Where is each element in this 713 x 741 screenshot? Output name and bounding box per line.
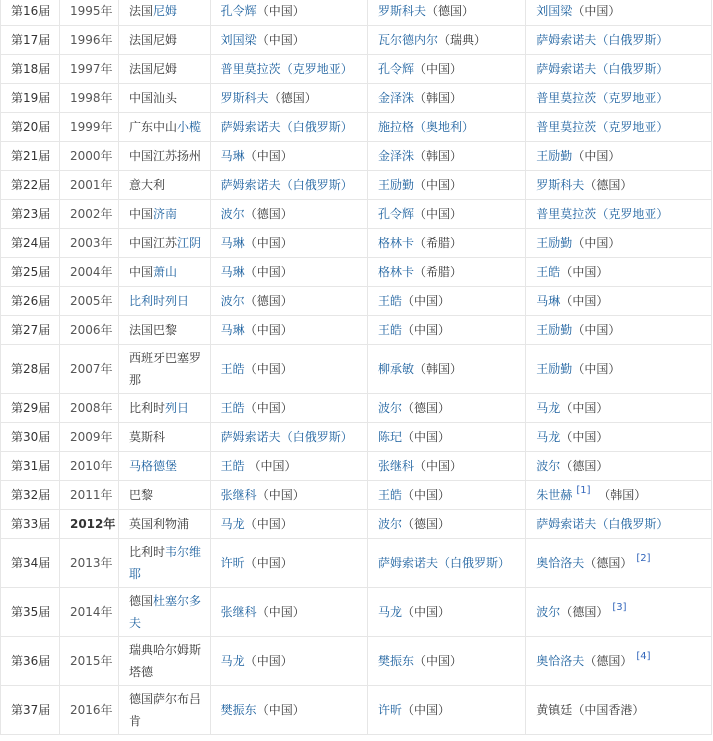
edition-cell: 第24届 [1,229,60,258]
table-row: 第37届 2016年 德国萨尔布吕肯 樊振东（中国） 许昕（中国） 黄镇廷（中国… [1,686,712,735]
champion-player-link[interactable]: 马龙 [221,654,245,668]
table-row: 第22届 2001年 意大利 萨姆索诺夫（白俄罗斯） 王励勤（中国） 罗斯科夫（… [1,171,712,200]
edition-text: 第19届 [11,91,50,105]
runner-up-country: （韩国） [414,362,462,376]
runner-up-cell: 波尔（德国） [367,394,525,423]
champion-player-link[interactable]: 张继科 [221,605,257,619]
edition-text: 第28届 [11,362,50,376]
edition-cell: 第21届 [1,142,60,171]
champion-player-link[interactable]: 王皓 [221,401,245,415]
third-place-player-link[interactable]: 奥恰洛夫 [536,556,584,570]
third-place-cell: 黄镇廷（中国香港） [526,686,712,735]
runner-up-player-link[interactable]: 王励勤 [378,178,414,192]
runner-up-country: （瑞典） [438,33,486,47]
year-text: 2011年 [70,488,113,502]
champion-player-link[interactable]: 普里莫拉茨 [221,62,281,76]
champion-cell: 马琳（中国） [210,316,367,345]
year-text: 1997年 [70,62,113,76]
edition-cell: 第36届 [1,637,60,686]
runner-up-cell: 柳承敏（韩国） [367,345,525,394]
champion-cell: 马琳（中国） [210,229,367,258]
champion-cell: 萨姆索诺夫（白俄罗斯） [210,423,367,452]
champion-player-link[interactable]: 刘国梁 [221,33,257,47]
year-cell: 2014年 [59,588,118,637]
third-place-player-link[interactable]: 萨姆索诺夫 [536,33,596,47]
runner-up-country: （韩国） [414,91,462,105]
edition-text: 第26届 [11,294,50,308]
runner-up-country: （中国） [414,207,462,221]
host-city-cell: 中国汕头 [118,84,210,113]
city-text: 中国江苏扬州 [129,149,201,163]
runner-up-country: （韩国） [414,149,462,163]
host-city-cell: 法国尼姆 [118,0,210,26]
champion-country: （中国） [257,33,305,47]
third-place-country: （中国） [560,294,608,308]
edition-cell: 第20届 [1,113,60,142]
city-text: 莫斯科 [129,430,165,444]
edition-text: 第30届 [11,430,50,444]
third-place-player-link[interactable]: 奥恰洛夫 [536,654,584,668]
third-place-cell: 朱世赫[1] （韩国） [526,481,712,510]
table-row: 第32届 2011年 巴黎 张继科（中国） 王皓（中国） 朱世赫[1] （韩国） [1,481,712,510]
runner-up-player-link[interactable]: 王皓 [378,488,402,502]
year-cell: 1997年 [59,55,118,84]
table-row: 第20届 1999年 广东中山小榄 萨姆索诺夫（白俄罗斯） 施拉格（奥地利） 普… [1,113,712,142]
champion-cell: 张继科（中国） [210,481,367,510]
third-place-player-link[interactable]: 王皓 [536,265,560,279]
city-text: 德国 [129,594,153,608]
host-city-cell: 比利时韦尔维耶 [118,539,210,588]
city-text: 英国利物浦 [129,517,189,531]
year-cell: 1995年 [59,0,118,26]
champion-country: （中国） [245,556,293,570]
year-text: 2001年 [70,178,113,192]
third-place-cell: 奥恰洛夫（德国）[4] [526,637,712,686]
city-text: 中国 [129,207,153,221]
edition-text: 第27届 [11,323,50,337]
third-place-country: （中国） [572,4,620,18]
runner-up-player-link[interactable]: 格林卡 [378,236,414,250]
runner-up-cell: 格林卡（希腊） [367,258,525,287]
runner-up-player-link[interactable]: 柳承敏 [378,362,414,376]
runner-up-player-link[interactable]: 萨姆索诺夫 [378,556,438,570]
year-text: 2015年 [70,654,113,668]
host-city-cell: 马格德堡 [118,452,210,481]
city-text: 瑞典哈尔姆斯塔德 [129,643,201,679]
host-city-cell: 中国济南 [118,200,210,229]
edition-text: 第31届 [11,459,50,473]
year-text: 2013年 [70,556,113,570]
year-text: 1995年 [70,4,113,18]
edition-cell: 第33届 [1,510,60,539]
runner-up-country: （中国） [414,654,462,668]
host-city-cell: 法国尼姆 [118,26,210,55]
city-text: 法国 [129,4,153,18]
third-place-player-link[interactable]: 波尔 [536,459,560,473]
third-place-cell: 王励勤（中国） [526,229,712,258]
runner-up-cell: 张继科（中国） [367,452,525,481]
host-city-cell: 法国巴黎 [118,316,210,345]
runner-up-player-link[interactable]: 张继科 [378,459,414,473]
edition-text: 第22届 [11,178,50,192]
edition-cell: 第23届 [1,200,60,229]
champion-player-link[interactable]: 张继科 [221,488,257,502]
table-row: 第26届 2005年 比利时列日 波尔（德国） 王皓（中国） 马琳（中国） [1,287,712,316]
host-city-cell: 意大利 [118,171,210,200]
runner-up-cell: 孔令辉（中国） [367,55,525,84]
champion-country: （中国） [245,323,293,337]
champion-player-link[interactable]: 孔令辉 [221,4,257,18]
year-cell: 1999年 [59,113,118,142]
third-place-cell: 王皓（中国） [526,258,712,287]
year-text: 2007年 [70,362,113,376]
third-place-player-link[interactable]: 朱世赫 [536,488,572,502]
city-link[interactable]: 萧山 [153,265,177,279]
table-row: 第35届 2014年 德国杜塞尔多夫 张继科（中国） 马龙（中国） 波尔（德国）… [1,588,712,637]
host-city-cell: 法国尼姆 [118,55,210,84]
runner-up-player-link[interactable]: 樊振东 [378,654,414,668]
edition-text: 第32届 [11,488,50,502]
champion-player-link[interactable]: 马琳 [221,236,245,250]
champion-country[interactable]: （白俄罗斯） [281,430,353,444]
footnote-ref-link[interactable]: [3] [612,602,626,613]
city-text: 巴黎 [129,488,153,502]
year-text: 1996年 [70,33,113,47]
table-row: 第17届 1996年 法国尼姆 刘国梁（中国） 瓦尔德内尔（瑞典） 萨姆索诺夫（… [1,26,712,55]
city-text: 中国汕头 [129,91,177,105]
runner-up-country: （中国） [402,294,450,308]
runner-up-player-link[interactable]: 波尔 [378,517,402,531]
runner-up-cell: 马龙（中国） [367,588,525,637]
runner-up-cell: 罗斯科夫（德国） [367,0,525,26]
runner-up-cell: 樊振东（中国） [367,637,525,686]
runner-up-cell: 王皓（中国） [367,481,525,510]
third-place-country[interactable]: （克罗地亚） [596,207,668,221]
champion-player-link[interactable]: 罗斯科夫 [221,91,269,105]
results-table-body: 第16届 1995年 法国尼姆 孔令辉（中国） 罗斯科夫（德国） 刘国梁（中国）… [1,0,712,735]
year-text: 2002年 [70,207,113,221]
champion-cell: 马龙（中国） [210,510,367,539]
runner-up-cell: 金泽洙（韩国） [367,84,525,113]
city-link[interactable]: 济南 [153,207,177,221]
third-place-player-link: 黄镇廷 [536,703,572,717]
runner-up-country[interactable]: （白俄罗斯） [438,556,510,570]
host-city-cell: 比利时列日 [118,394,210,423]
third-place-player-link[interactable]: 波尔 [536,605,560,619]
champion-player-link[interactable]: 马龙 [221,517,245,531]
third-place-player-link[interactable]: 王励勤 [536,323,572,337]
footnote-ref-link[interactable]: [1] [576,485,590,496]
champion-player-link[interactable]: 马琳 [221,265,245,279]
runner-up-country: （中国） [414,459,462,473]
edition-text: 第18届 [11,62,50,76]
table-row: 第19届 1998年 中国汕头 罗斯科夫（德国） 金泽洙（韩国） 普里莫拉茨（克… [1,84,712,113]
edition-text: 第36届 [11,654,50,668]
champion-cell: 孔令辉（中国） [210,0,367,26]
runner-up-cell: 孔令辉（中国） [367,200,525,229]
city-link[interactable]: 尼姆 [153,4,177,18]
edition-cell: 第18届 [1,55,60,84]
third-place-country[interactable]: （白俄罗斯） [596,62,668,76]
runner-up-cell: 格林卡（希腊） [367,229,525,258]
third-place-cell: 波尔（德国）[3] [526,588,712,637]
table-row: 第18届 1997年 法国尼姆 普里莫拉茨（克罗地亚） 孔令辉（中国） 萨姆索诺… [1,55,712,84]
third-place-country: （中国） [572,362,620,376]
year-cell: 2009年 [59,423,118,452]
table-row: 第27届 2006年 法国巴黎 马琳（中国） 王皓（中国） 王励勤（中国） [1,316,712,345]
third-place-player-link[interactable]: 王励勤 [536,236,572,250]
year-cell: 2012年 [59,510,118,539]
runner-up-country: （中国） [402,605,450,619]
table-row: 第25届 2004年 中国萧山 马琳（中国） 格林卡（希腊） 王皓（中国） [1,258,712,287]
city-text: 中国 [129,265,153,279]
city-text: 意大利 [129,178,165,192]
third-place-country: （中国香港） [572,703,644,717]
year-cell: 2015年 [59,637,118,686]
champion-player-link[interactable]: 波尔 [221,294,245,308]
year-text: 2010年 [70,459,113,473]
champion-country: （德国） [245,207,293,221]
runner-up-player-link[interactable]: 孔令辉 [378,62,414,76]
champion-cell: 波尔（德国） [210,287,367,316]
champion-country: （中国） [245,149,293,163]
third-place-player-link[interactable]: 刘国梁 [536,4,572,18]
champion-cell: 萨姆索诺夫（白俄罗斯） [210,113,367,142]
runner-up-country: （希腊） [414,265,462,279]
year-cell: 2005年 [59,287,118,316]
host-city-cell: 中国萧山 [118,258,210,287]
table-row: 第30届 2009年 莫斯科 萨姆索诺夫（白俄罗斯） 陈玘（中国） 马龙（中国） [1,423,712,452]
runner-up-cell: 许昕（中国） [367,686,525,735]
third-place-player-link[interactable]: 普里莫拉茨 [536,91,596,105]
runner-up-player-link[interactable]: 马龙 [378,605,402,619]
year-cell: 2002年 [59,200,118,229]
third-place-country: （中国） [572,323,620,337]
champion-player-link[interactable]: 马琳 [221,149,245,163]
champion-country[interactable]: （克罗地亚） [281,62,353,76]
third-place-player-link[interactable]: 普里莫拉茨 [536,120,596,134]
champion-player-link[interactable]: 萨姆索诺夫 [221,120,281,134]
runner-up-player-link[interactable]: 罗斯科夫 [378,4,426,18]
champion-player-link[interactable]: 王皓 [221,459,245,473]
champion-country: （中国） [245,401,293,415]
runner-up-cell: 王皓（中国） [367,287,525,316]
champion-player-link[interactable]: 萨姆索诺夫 [221,178,281,192]
champion-player-link[interactable]: 许昕 [221,556,245,570]
table-row: 第24届 2003年 中国江苏江阴 马琳（中国） 格林卡（希腊） 王励勤（中国） [1,229,712,258]
runner-up-country: （德国） [426,4,474,18]
champion-country: （中国） [245,459,297,473]
runner-up-country[interactable]: （奥地利） [414,120,474,134]
edition-text: 第17届 [11,33,50,47]
champion-country[interactable]: （白俄罗斯） [281,178,353,192]
edition-cell: 第19届 [1,84,60,113]
host-city-cell: 德国萨尔布吕肯 [118,686,210,735]
host-city-cell: 巴黎 [118,481,210,510]
table-row: 第21届 2000年 中国江苏扬州 马琳（中国） 金泽洙（韩国） 王励勤（中国） [1,142,712,171]
third-place-cell: 马龙（中国） [526,423,712,452]
year-text: 2005年 [70,294,113,308]
third-place-cell: 马龙（中国） [526,394,712,423]
champion-cell: 张继科（中国） [210,588,367,637]
year-text: 2009年 [70,430,113,444]
runner-up-country: （中国） [414,62,462,76]
runner-up-player-link[interactable]: 瓦尔德内尔 [378,33,438,47]
city-link[interactable]: 比利时列日 [129,294,189,308]
city-text: 广东中山 [129,120,177,134]
third-place-player-link[interactable]: 马龙 [536,401,560,415]
champion-cell: 王皓（中国） [210,394,367,423]
runner-up-cell: 陈玘（中国） [367,423,525,452]
runner-up-player-link[interactable]: 陈玘 [378,430,402,444]
edition-text: 第37届 [11,703,50,717]
third-place-player-link[interactable]: 马琳 [536,294,560,308]
runner-up-cell: 波尔（德国） [367,510,525,539]
host-city-cell: 比利时列日 [118,287,210,316]
edition-cell: 第32届 [1,481,60,510]
third-place-country: （中国） [560,430,608,444]
runner-up-player-link[interactable]: 许昕 [378,703,402,717]
edition-text: 第25届 [11,265,50,279]
champion-country: （中国） [245,236,293,250]
champion-player-link[interactable]: 马琳 [221,323,245,337]
champion-country: （德国） [269,91,317,105]
third-place-player-link[interactable]: 王励勤 [536,362,572,376]
champion-player-link[interactable]: 王皓 [221,362,245,376]
third-place-country: （中国） [572,236,620,250]
edition-cell: 第37届 [1,686,60,735]
host-city-cell: 广东中山小榄 [118,113,210,142]
city-text: 比利时 [129,401,165,415]
third-place-player-link[interactable]: 萨姆索诺夫 [536,517,596,531]
year-text: 2012年 [70,517,115,531]
edition-text: 第33届 [11,517,50,531]
runner-up-cell: 瓦尔德内尔（瑞典） [367,26,525,55]
third-place-player-link[interactable]: 普里莫拉茨 [536,207,596,221]
third-place-player-link[interactable]: 罗斯科夫 [536,178,584,192]
edition-cell: 第27届 [1,316,60,345]
year-cell: 1998年 [59,84,118,113]
champion-country: （中国） [257,703,305,717]
runner-up-cell: 萨姆索诺夫（白俄罗斯） [367,539,525,588]
edition-text: 第23届 [11,207,50,221]
third-place-cell: 刘国梁（中国） [526,0,712,26]
edition-text: 第16届 [11,4,50,18]
champion-cell: 普里莫拉茨（克罗地亚） [210,55,367,84]
champion-cell: 樊振东（中国） [210,686,367,735]
runner-up-country: （德国） [402,401,450,415]
runner-up-player-link[interactable]: 金泽洙 [378,149,414,163]
third-place-cell: 波尔（德国） [526,452,712,481]
runner-up-country: （中国） [402,488,450,502]
runner-up-player-link[interactable]: 王皓 [378,294,402,308]
city-text: 法国巴黎 [129,323,177,337]
year-cell: 2000年 [59,142,118,171]
champion-cell: 波尔（德国） [210,200,367,229]
runner-up-player-link[interactable]: 王皓 [378,323,402,337]
city-link[interactable]: 小榄 [177,120,201,134]
third-place-country: （德国） [560,605,608,619]
third-place-player-link[interactable]: 萨姆索诺夫 [536,62,596,76]
champion-country: （中国） [257,605,305,619]
edition-text: 第20届 [11,120,50,134]
year-cell: 2001年 [59,171,118,200]
year-text: 2004年 [70,265,113,279]
city-link[interactable]: 列日 [165,401,189,415]
city-text: 法国尼姆 [129,62,177,76]
table-row: 第31届 2010年 马格德堡 王皓 （中国） 张继科（中国） 波尔（德国） [1,452,712,481]
runner-up-player-link[interactable]: 孔令辉 [378,207,414,221]
third-place-cell: 马琳（中国） [526,287,712,316]
runner-up-country: （中国） [402,430,450,444]
year-text: 2016年 [70,703,113,717]
year-text: 2006年 [70,323,113,337]
champion-cell: 罗斯科夫（德国） [210,84,367,113]
city-text: 德国萨尔布吕肯 [129,692,201,728]
champion-player-link[interactable]: 萨姆索诺夫 [221,430,281,444]
champion-country[interactable]: （白俄罗斯） [281,120,353,134]
champion-player-link[interactable]: 波尔 [221,207,245,221]
runner-up-player-link[interactable]: 施拉格 [378,120,414,134]
footnote-ref-link[interactable]: [2] [636,553,650,564]
third-place-player-link[interactable]: 王励勤 [536,149,572,163]
table-row: 第28届 2007年 西班牙巴塞罗那 王皓（中国） 柳承敏（韩国） 王励勤（中国… [1,345,712,394]
third-place-country[interactable]: （白俄罗斯） [596,33,668,47]
edition-cell: 第17届 [1,26,60,55]
runner-up-country: （德国） [402,517,450,531]
host-city-cell: 英国利物浦 [118,510,210,539]
champion-cell: 萨姆索诺夫（白俄罗斯） [210,171,367,200]
third-place-country: （德国） [584,178,632,192]
table-row: 第23届 2002年 中国济南 波尔（德国） 孔令辉（中国） 普里莫拉茨（克罗地… [1,200,712,229]
city-link[interactable]: 江阴 [177,236,201,250]
edition-cell: 第31届 [1,452,60,481]
city-link[interactable]: 马格德堡 [129,459,177,473]
edition-cell: 第30届 [1,423,60,452]
edition-text: 第24届 [11,236,50,250]
table-row: 第34届 2013年 比利时韦尔维耶 许昕（中国） 萨姆索诺夫（白俄罗斯） 奥恰… [1,539,712,588]
year-cell: 2011年 [59,481,118,510]
runner-up-player-link[interactable]: 金泽洙 [378,91,414,105]
edition-text: 第35届 [11,605,50,619]
third-place-country[interactable]: （克罗地亚） [596,120,668,134]
third-place-country: （韩国） [594,488,646,502]
third-place-cell: 普里莫拉茨（克罗地亚） [526,200,712,229]
third-place-country: （中国） [572,149,620,163]
champion-country: （中国） [257,488,305,502]
third-place-country: （德国） [560,459,608,473]
third-place-cell: 萨姆索诺夫（白俄罗斯） [526,55,712,84]
champion-country: （中国） [245,654,293,668]
third-place-cell: 普里莫拉茨（克罗地亚） [526,113,712,142]
results-table: 第16届 1995年 法国尼姆 孔令辉（中国） 罗斯科夫（德国） 刘国梁（中国）… [0,0,712,735]
third-place-country[interactable]: （克罗地亚） [596,91,668,105]
third-place-player-link[interactable]: 马龙 [536,430,560,444]
runner-up-cell: 金泽洙（韩国） [367,142,525,171]
runner-up-player-link[interactable]: 波尔 [378,401,402,415]
edition-cell: 第29届 [1,394,60,423]
footnote-ref-link[interactable]: [4] [636,651,650,662]
runner-up-country: （中国） [402,323,450,337]
champion-cell: 马琳（中国） [210,142,367,171]
city-text: 西班牙巴塞罗那 [129,351,201,387]
year-cell: 2007年 [59,345,118,394]
champion-player-link[interactable]: 樊振东 [221,703,257,717]
third-place-country[interactable]: （白俄罗斯） [596,517,668,531]
year-cell: 2003年 [59,229,118,258]
edition-text: 第34届 [11,556,50,570]
runner-up-player-link[interactable]: 格林卡 [378,265,414,279]
